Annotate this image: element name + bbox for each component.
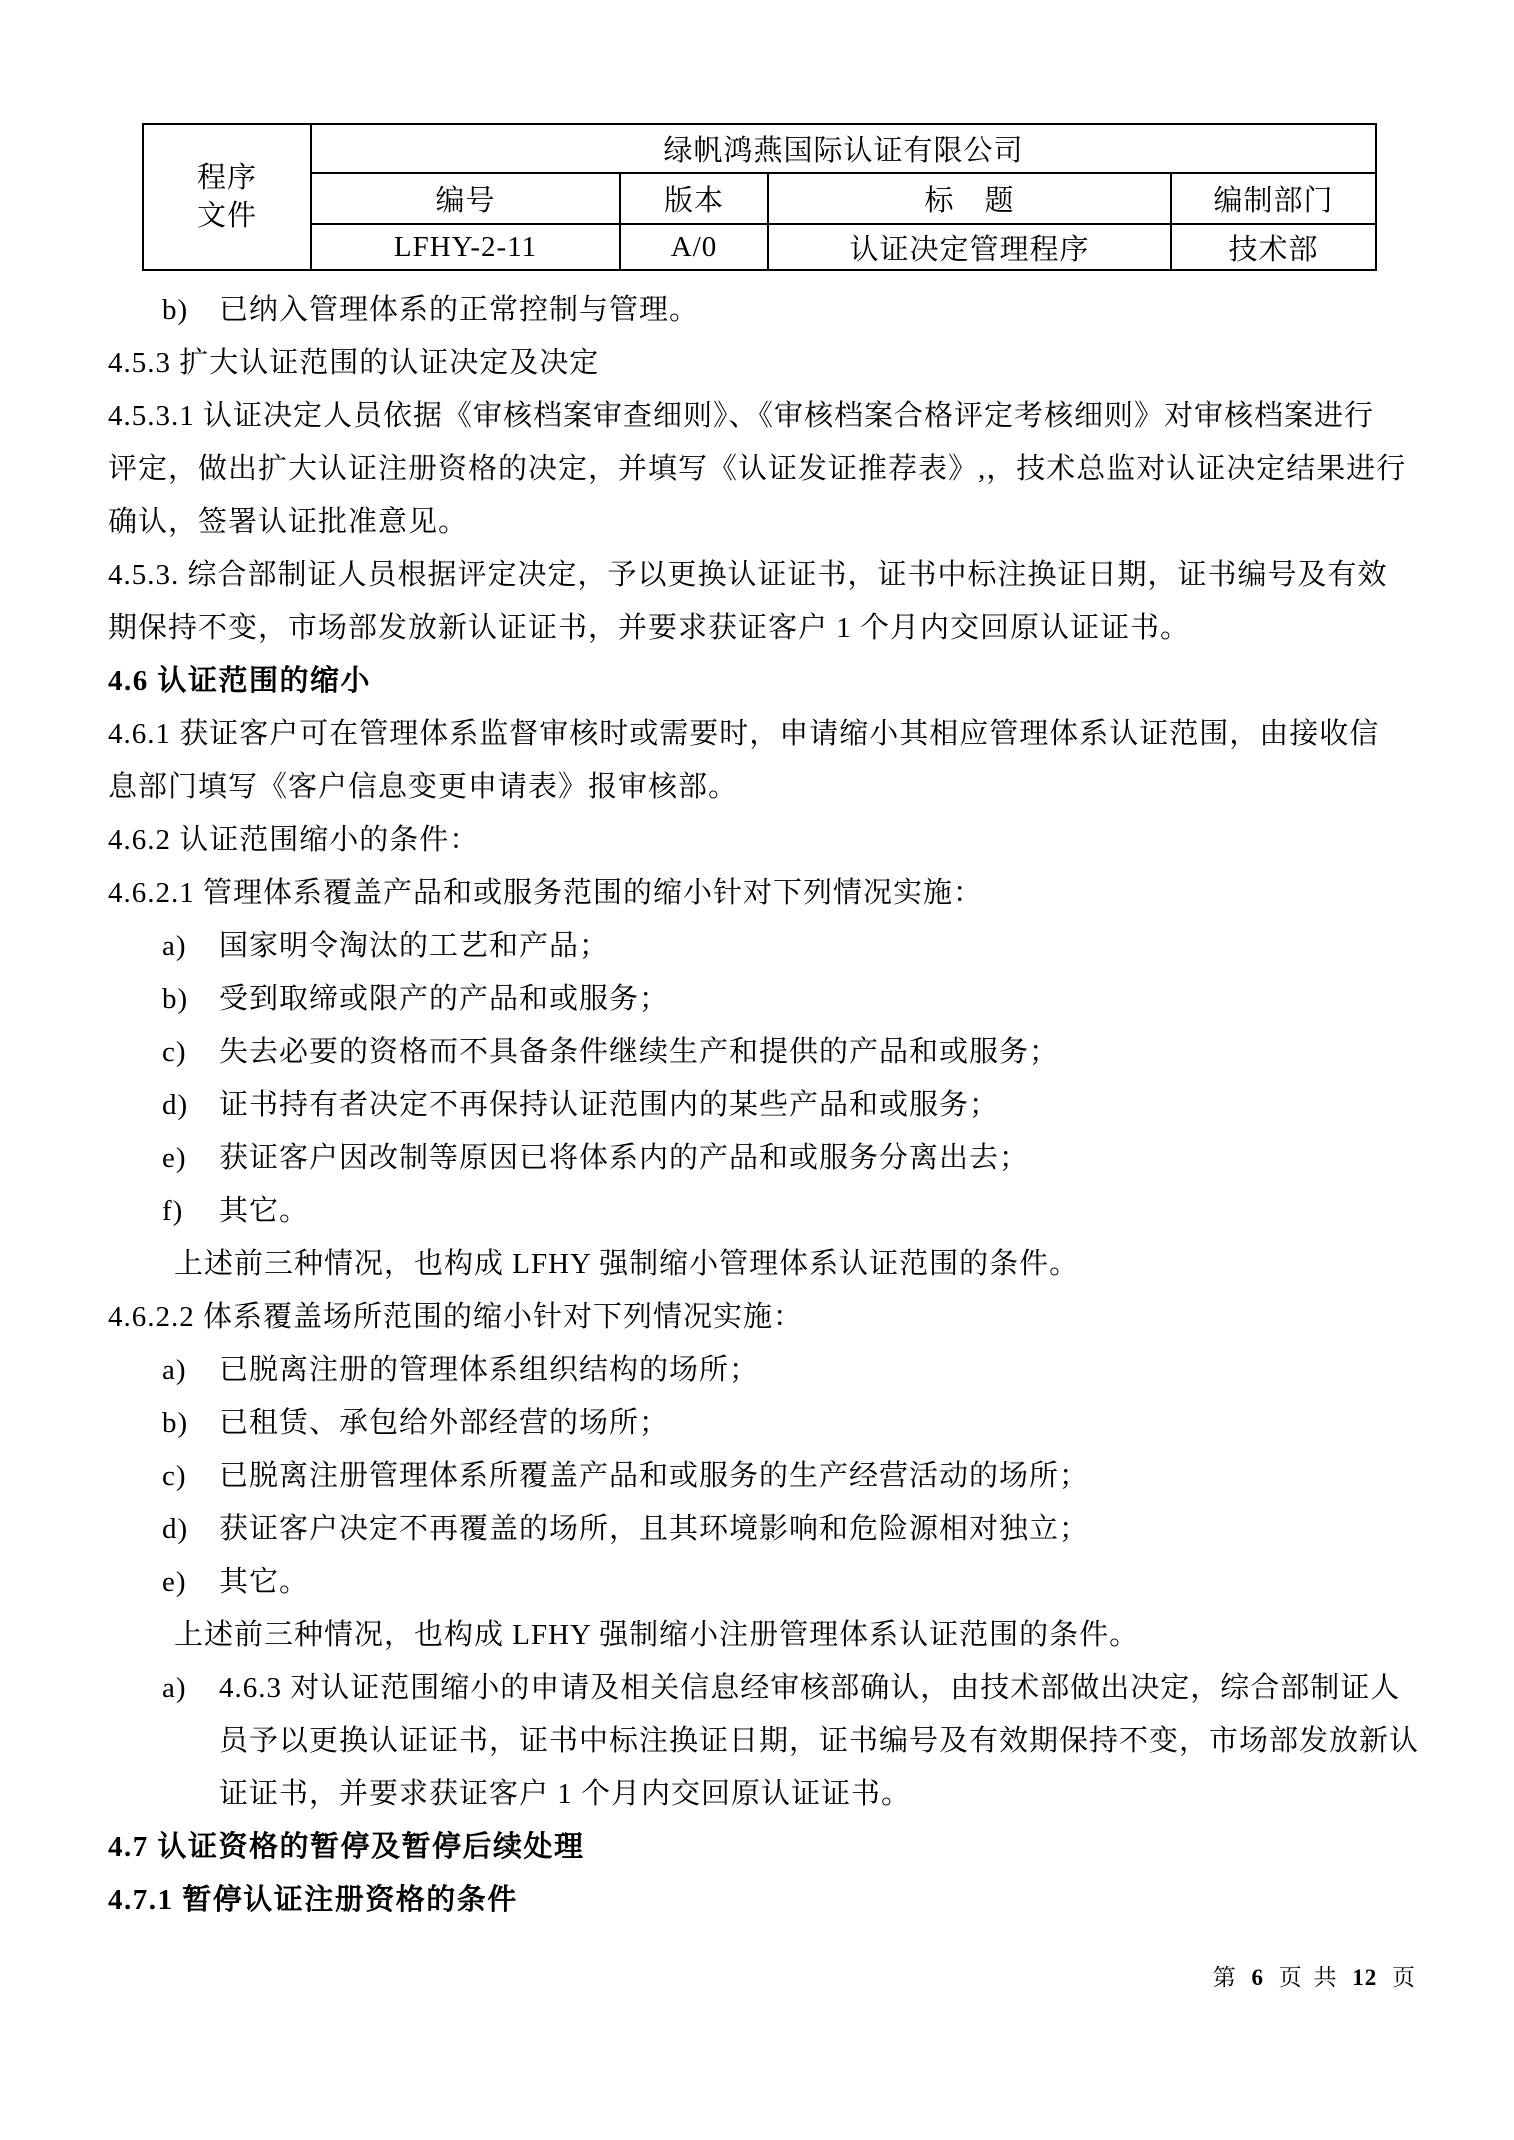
line-text: 员予以更换认证证书，证书中标注换证日期，证书编号及有效期保持不变，市场部发放新认 [219,1725,1419,1757]
col-header-number: 编号 [311,173,620,224]
doc-type-line1: 程序 [144,159,310,197]
list-item: d)获证客户决定不再覆盖的场所，且其环境影响和危险源相对独立； [108,1503,1468,1556]
text-line: 息部门填写《客户信息变更申请表》报审核部。 [108,761,1468,814]
line-text: 已租赁、承包给外部经营的场所； [219,1407,669,1439]
footer-label-di: 第 [1213,1965,1237,1990]
line-text: 其它。 [219,1195,309,1227]
text-line: 员予以更换认证证书，证书中标注换证日期，证书编号及有效期保持不变，市场部发放新认 [108,1715,1468,1768]
list-item: a)国家明令淘汰的工艺和产品； [108,920,1468,973]
line-text: 4.6.3 对认证范围缩小的申请及相关信息经审核部确认，由技术部做出决定，综合部… [219,1672,1400,1704]
section-heading: 4.6 认证范围的缩小 [108,655,1468,708]
section-heading: 4.7 认证资格的暂停及暂停后续处理 [108,1821,1468,1874]
line-text: 4.6.2 认证范围缩小的条件： [108,824,479,856]
line-text: 上述前三种情况，也构成 LFHY 强制缩小管理体系认证范围的条件。 [174,1248,1079,1280]
list-marker: a) [162,920,219,973]
line-text: 4.5.3. 综合部制证人员根据评定决定，予以更换认证证书，证书中标注换证日期，… [108,559,1388,591]
list-marker: e) [162,1556,219,1609]
text-line: 上述前三种情况，也构成 LFHY 强制缩小注册管理体系认证范围的条件。 [108,1609,1468,1662]
doc-type-line2: 文件 [144,197,310,235]
text-line: 证证书，并要求获证客户 1 个月内交回原认证证书。 [108,1768,1468,1821]
total-pages: 12 [1352,1965,1377,1990]
line-text: 已脱离注册管理体系所覆盖产品和或服务的生产经营活动的场所； [219,1460,1089,1492]
page-footer: 第 6 页 共 12 页 [1211,1963,1418,1993]
text-line: 4.5.3 扩大认证范围的认证决定及决定 [108,337,1468,390]
line-text: 国家明令淘汰的工艺和产品； [219,930,609,962]
document-page: 程序 文件 绿帆鸿燕国际认证有限公司 编号 版本 标 题 编制部门 LFHY-2… [0,0,1514,2140]
text-line: 评定，做出扩大认证注册资格的决定，并填写《认证发证推荐表》,，技术总监对认证决定… [108,443,1468,496]
text-line: 确认，签署认证批准意见。 [108,496,1468,549]
footer-label-ye2: 页 [1392,1965,1416,1990]
list-item: e)获证客户因改制等原因已将体系内的产品和或服务分离出去； [108,1132,1468,1185]
line-text: 证书持有者决定不再保持认证范围内的某些产品和或服务； [219,1089,999,1121]
line-text: 获证客户因改制等原因已将体系内的产品和或服务分离出去； [219,1142,1029,1174]
list-marker: a) [162,1662,219,1715]
line-text: 已纳入管理体系的正常控制与管理。 [219,294,699,326]
company-name: 绿帆鸿燕国际认证有限公司 [311,124,1376,173]
line-text: 4.7 认证资格的暂停及暂停后续处理 [108,1831,585,1863]
line-text: 4.6.2.1 管理体系覆盖产品和或服务范围的缩小针对下列情况实施： [108,877,983,909]
list-item: b)已纳入管理体系的正常控制与管理。 [108,284,1468,337]
text-line: 4.5.3. 综合部制证人员根据评定决定，予以更换认证证书，证书中标注换证日期，… [108,549,1468,602]
line-text: 确认，签署认证批准意见。 [108,506,468,538]
col-header-department: 编制部门 [1171,173,1376,224]
line-text: 4.6.1 获证客户可在管理体系监督审核时或需要时，申请缩小其相应管理体系认证范… [108,718,1379,750]
list-item: c)已脱离注册管理体系所覆盖产品和或服务的生产经营活动的场所； [108,1450,1468,1503]
doc-version-value: A/0 [620,224,768,270]
line-text: 4.7.1 暂停认证注册资格的条件 [108,1884,518,1916]
doc-type-cell: 程序 文件 [143,124,311,270]
list-item: b)受到取缔或限产的产品和或服务； [108,973,1468,1026]
section-heading: 4.7.1 暂停认证注册资格的条件 [108,1874,1468,1927]
line-text: 已脱离注册的管理体系组织结构的场所； [219,1354,759,1386]
list-item: f)其它。 [108,1185,1468,1238]
header-table: 程序 文件 绿帆鸿燕国际认证有限公司 编号 版本 标 题 编制部门 LFHY-2… [142,123,1377,271]
line-text: 其它。 [219,1566,309,1598]
list-marker: e) [162,1132,219,1185]
line-text: 获证客户决定不再覆盖的场所，且其环境影响和危险源相对独立； [219,1513,1089,1545]
list-marker: b) [162,973,219,1026]
list-item: a)已脱离注册的管理体系组织结构的场所； [108,1344,1468,1397]
line-text: 息部门填写《客户信息变更申请表》报审核部。 [108,771,738,803]
doc-title-value: 认证决定管理程序 [768,224,1171,270]
list-item: e)其它。 [108,1556,1468,1609]
list-item: b)已租赁、承包给外部经营的场所； [108,1397,1468,1450]
line-text: 评定，做出扩大认证注册资格的决定，并填写《认证发证推荐表》,，技术总监对认证决定… [108,453,1406,485]
line-text: 受到取缔或限产的产品和或服务； [219,983,669,1015]
page-number: 6 [1252,1965,1265,1990]
text-line: 4.5.3.1 认证决定人员依据《审核档案审查细则》、《审核档案合格评定考核细则… [108,390,1468,443]
line-text: 上述前三种情况，也构成 LFHY 强制缩小注册管理体系认证范围的条件。 [174,1619,1139,1651]
line-text: 期保持不变，市场部发放新认证证书，并要求获证客户 1 个月内交回原认证证书。 [108,612,1190,644]
document-body: b)已纳入管理体系的正常控制与管理。4.5.3 扩大认证范围的认证决定及决定4.… [108,284,1468,1927]
footer-label-gong: 共 [1314,1965,1338,1990]
line-text: 证证书，并要求获证客户 1 个月内交回原认证证书。 [219,1778,911,1810]
list-marker: d) [162,1503,219,1556]
list-item: a)4.6.3 对认证范围缩小的申请及相关信息经审核部确认，由技术部做出决定，综… [108,1662,1468,1715]
list-marker: c) [162,1026,219,1079]
list-marker: b) [162,1397,219,1450]
line-text: 4.5.3 扩大认证范围的认证决定及决定 [108,347,599,379]
col-header-title: 标 题 [768,173,1171,224]
footer-label-ye1: 页 [1279,1965,1303,1990]
list-marker: a) [162,1344,219,1397]
list-marker: c) [162,1450,219,1503]
col-header-version: 版本 [620,173,768,224]
text-line: 上述前三种情况，也构成 LFHY 强制缩小管理体系认证范围的条件。 [108,1238,1468,1291]
text-line: 4.6.2 认证范围缩小的条件： [108,814,1468,867]
list-item: c)失去必要的资格而不具备条件继续生产和提供的产品和或服务； [108,1026,1468,1079]
line-text: 4.6.2.2 体系覆盖场所范围的缩小针对下列情况实施： [108,1301,803,1333]
list-item: d)证书持有者决定不再保持认证范围内的某些产品和或服务； [108,1079,1468,1132]
list-marker: d) [162,1079,219,1132]
doc-department-value: 技术部 [1171,224,1376,270]
list-marker: b) [162,284,219,337]
line-text: 4.6 认证范围的缩小 [108,665,371,697]
doc-number-value: LFHY-2-11 [311,224,620,270]
line-text: 4.5.3.1 认证决定人员依据《审核档案审查细则》、《审核档案合格评定考核细则… [108,400,1374,432]
text-line: 期保持不变，市场部发放新认证证书，并要求获证客户 1 个月内交回原认证证书。 [108,602,1468,655]
text-line: 4.6.2.2 体系覆盖场所范围的缩小针对下列情况实施： [108,1291,1468,1344]
text-line: 4.6.1 获证客户可在管理体系监督审核时或需要时，申请缩小其相应管理体系认证范… [108,708,1468,761]
list-marker: f) [162,1185,219,1238]
text-line: 4.6.2.1 管理体系覆盖产品和或服务范围的缩小针对下列情况实施： [108,867,1468,920]
line-text: 失去必要的资格而不具备条件继续生产和提供的产品和或服务； [219,1036,1059,1068]
